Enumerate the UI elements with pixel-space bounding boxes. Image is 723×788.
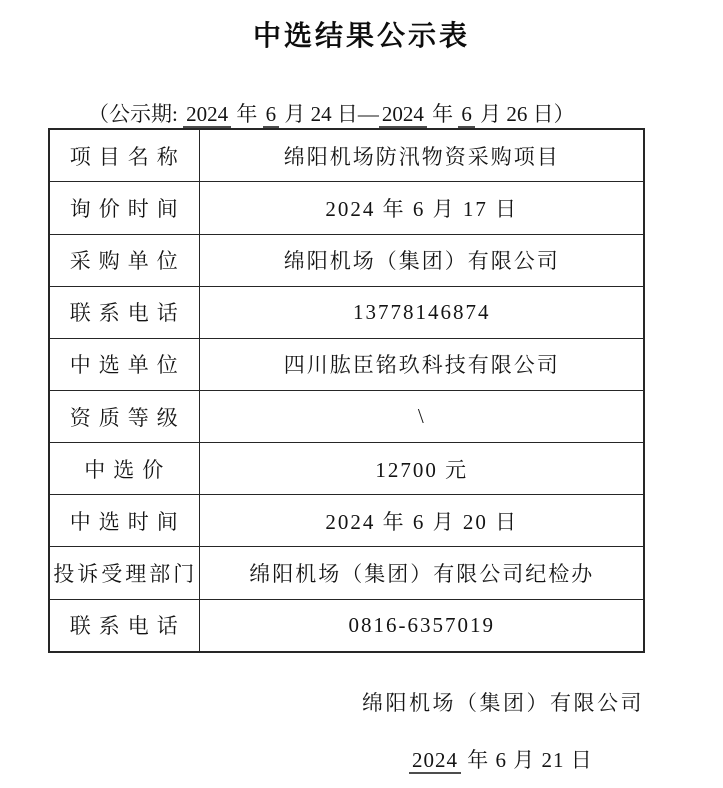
row-value: 绵阳机场防汛物资采购项目 — [199, 129, 644, 182]
publicity-period: （公示期: 2024 年 6 月 24 日—2024 年 6 月 26 日） — [88, 98, 575, 128]
row-value: 12700 元 — [199, 443, 644, 495]
row-label: 联系电话 — [49, 599, 199, 652]
page-title: 中选结果公示表 — [0, 14, 723, 54]
row-label: 投诉受理部门 — [49, 547, 199, 599]
row-label: 中选价 — [49, 443, 199, 495]
row-label: 询价时间 — [49, 182, 199, 234]
row-value: \ — [199, 390, 644, 442]
table-row: 联系电话 0816-6357019 — [49, 599, 644, 652]
row-label: 项目名称 — [49, 129, 199, 182]
row-label: 中选时间 — [49, 495, 199, 547]
period-sep3: 年 — [427, 102, 459, 126]
row-label: 采购单位 — [49, 234, 199, 286]
row-value: 四川肱臣铭玖科技有限公司 — [199, 338, 644, 390]
table-row: 投诉受理部门 绵阳机场（集团）有限公司纪检办 — [49, 547, 644, 599]
row-label: 联系电话 — [49, 286, 199, 338]
period-month-start: 6 — [263, 102, 280, 128]
row-value: 绵阳机场（集团）有限公司 — [199, 234, 644, 286]
row-value: 13778146874 — [199, 286, 644, 338]
row-value: 绵阳机场（集团）有限公司纪检办 — [199, 547, 644, 599]
signature-date-rest: 年 6 月 21 日 — [461, 748, 593, 772]
row-label: 中选单位 — [49, 338, 199, 390]
results-table: 项目名称 绵阳机场防汛物资采购项目 询价时间 2024 年 6 月 17 日 采… — [48, 128, 645, 653]
document-page: 中选结果公示表 （公示期: 2024 年 6 月 24 日—2024 年 6 月… — [0, 0, 723, 788]
period-open: （公示期: — [88, 102, 183, 126]
table-row: 资质等级 \ — [49, 390, 644, 442]
period-sep2: 月 24 日 — [279, 102, 358, 126]
signature-company: 绵阳机场（集团）有限公司 — [362, 687, 644, 717]
period-dash: — — [358, 102, 379, 126]
period-year-end: 2024 — [379, 102, 427, 128]
table-row: 中选价 12700 元 — [49, 443, 644, 495]
table-row: 采购单位 绵阳机场（集团）有限公司 — [49, 234, 644, 286]
table-row: 中选单位 四川肱臣铭玖科技有限公司 — [49, 338, 644, 390]
row-label: 资质等级 — [49, 390, 199, 442]
table-row: 询价时间 2024 年 6 月 17 日 — [49, 182, 644, 234]
period-month-end: 6 — [458, 102, 475, 128]
period-sep1: 年 — [231, 102, 263, 126]
row-value: 0816-6357019 — [199, 599, 644, 652]
table-row: 联系电话 13778146874 — [49, 286, 644, 338]
period-sep4: 月 26 日） — [475, 102, 575, 126]
row-value: 2024 年 6 月 17 日 — [199, 182, 644, 234]
period-year-start: 2024 — [183, 102, 231, 128]
signature-date: 2024 年 6 月 21 日 — [409, 744, 593, 774]
table-row: 中选时间 2024 年 6 月 20 日 — [49, 495, 644, 547]
signature-date-year: 2024 — [409, 748, 461, 774]
row-value: 2024 年 6 月 20 日 — [199, 495, 644, 547]
table-row: 项目名称 绵阳机场防汛物资采购项目 — [49, 129, 644, 182]
